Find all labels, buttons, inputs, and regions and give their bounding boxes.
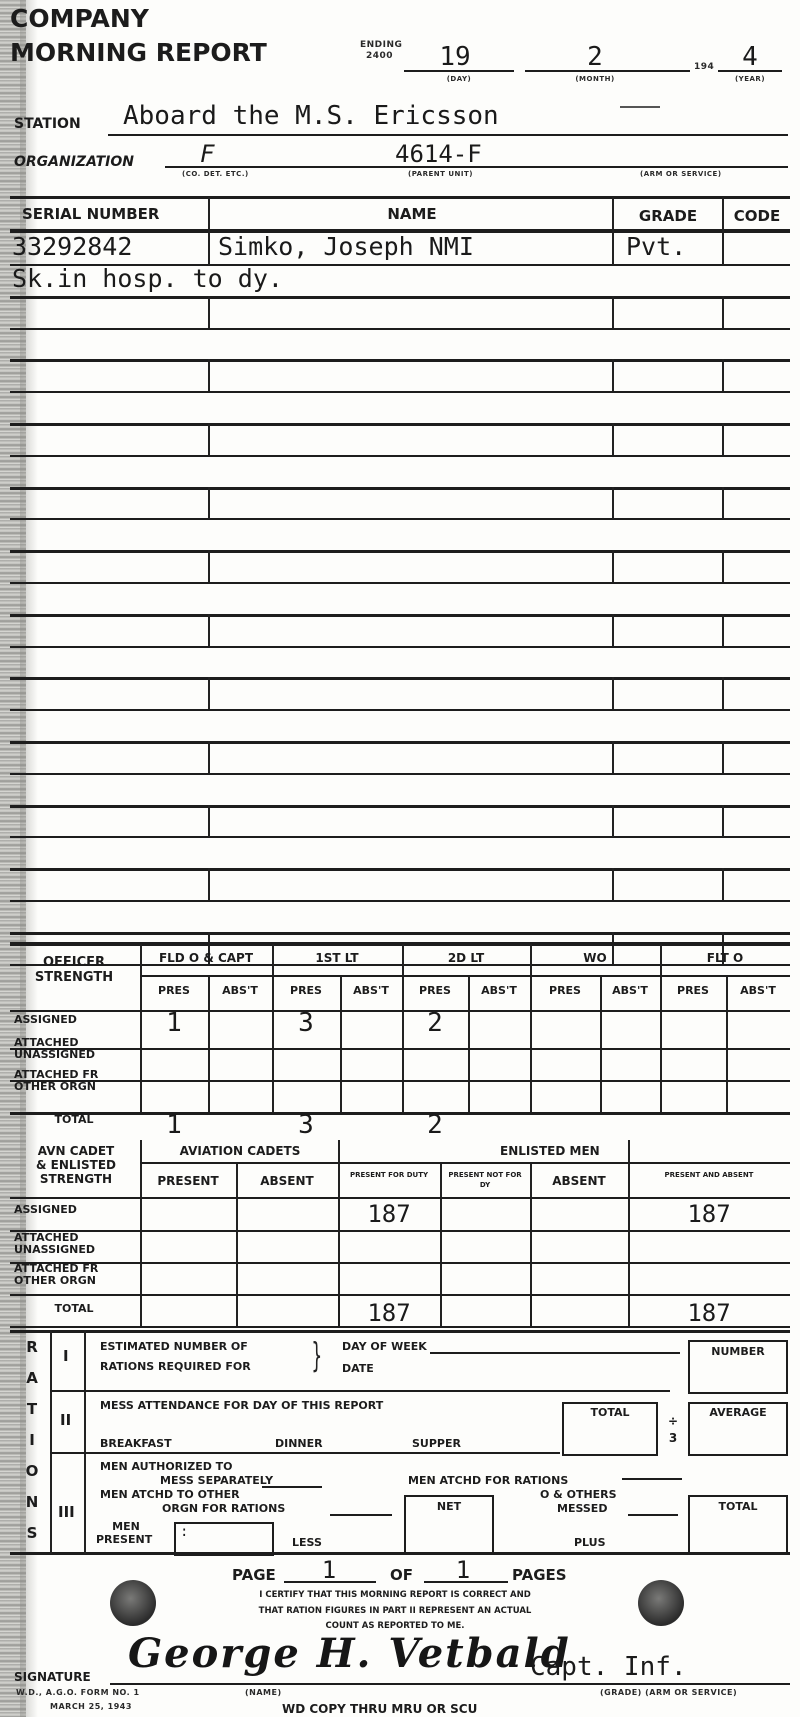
- arm-service-sublabel: (ARM OR SERVICE): [640, 170, 722, 178]
- officer-sub-header: ABS'T: [726, 984, 790, 997]
- ruled-column-divider: [612, 296, 614, 328]
- number-box-label: NUMBER: [690, 1345, 786, 1358]
- mess-total-label: TOTAL: [564, 1406, 656, 1419]
- part1-bottom-border: [50, 1390, 670, 1392]
- ruled-column-divider: [208, 614, 210, 646]
- officer-row-label: ATTACHED FR OTHER ORGN: [14, 1069, 134, 1093]
- certify-line2: THAT RATION FIGURES IN PART II REPRESENT…: [170, 1606, 620, 1616]
- ruled-line: [10, 359, 790, 362]
- ending-label: ENDING: [360, 40, 402, 50]
- ruled-column-divider: [208, 487, 210, 519]
- rations-total-label: TOTAL: [690, 1500, 786, 1513]
- officer-strength-title-1: OFFICER: [14, 955, 134, 970]
- rations-part-divider: [84, 1330, 86, 1554]
- grade-arm-sublabel: (GRADE) (ARM OR SERVICE): [600, 1688, 737, 1697]
- ruled-column-divider: [722, 614, 724, 646]
- date-label: DATE: [342, 1362, 374, 1375]
- officer-sub-header: PRES: [402, 984, 468, 997]
- officer-count-cell[interactable]: 1: [140, 1110, 208, 1140]
- rations-side-letter: R: [18, 1338, 46, 1356]
- part1-numeral: I: [63, 1347, 69, 1365]
- ending-time-label: 2400: [366, 51, 393, 61]
- men-present-line1: MEN: [96, 1520, 156, 1533]
- report-year[interactable]: 4: [720, 42, 780, 72]
- breakfast-label: BREAKFAST: [100, 1437, 172, 1450]
- net-label: NET: [406, 1500, 492, 1513]
- rations-side-letter: O: [18, 1462, 46, 1480]
- ruled-column-divider: [612, 550, 614, 582]
- ruled-column-divider: [612, 487, 614, 519]
- enlisted-count-cell[interactable]: 187: [628, 1299, 790, 1327]
- ruled-column-divider: [722, 805, 724, 837]
- officer-count-cell[interactable]: 2: [402, 1110, 468, 1140]
- enlisted-row-line: [140, 1162, 790, 1164]
- rations-side-divider: [50, 1330, 52, 1554]
- officer-sub-header: ABS'T: [600, 984, 660, 997]
- ruled-column-divider: [612, 614, 614, 646]
- part1-line1: ESTIMATED NUMBER OF: [100, 1340, 248, 1353]
- atchd-other-line1: MEN ATCHD TO OTHER: [100, 1488, 240, 1501]
- officer-row-label: TOTAL: [14, 1114, 134, 1126]
- ruled-column-divider: [208, 359, 210, 391]
- officer-strength-title-2: STRENGTH: [14, 970, 134, 985]
- name-sublabel: (NAME): [245, 1688, 282, 1697]
- ruled-column-divider: [612, 741, 614, 773]
- officer-group-header: WO: [530, 951, 660, 965]
- officer-row-label: ASSIGNED: [14, 1014, 134, 1026]
- others-line2: MESSED: [557, 1502, 607, 1515]
- pages-underline: [424, 1581, 508, 1583]
- company-sublabel: (CO. DET. ETC.): [182, 170, 249, 178]
- divide-by: 3: [660, 1431, 686, 1445]
- form-date: MARCH 25, 1943: [50, 1702, 132, 1711]
- ruled-column-divider: [612, 423, 614, 455]
- atchd-other-field[interactable]: [330, 1514, 392, 1516]
- page-underline: [284, 1581, 376, 1583]
- col-code: CODE: [724, 207, 790, 225]
- signature-underline: [110, 1683, 790, 1685]
- day-underline: [404, 70, 514, 72]
- pages-label: PAGES: [512, 1566, 567, 1584]
- day-label: (DAY): [404, 75, 514, 83]
- officer-row-line: [10, 1010, 790, 1012]
- officer-count-cell[interactable]: 1: [140, 1008, 208, 1038]
- ruled-line: [10, 646, 790, 648]
- page-label: PAGE: [232, 1566, 276, 1584]
- ruled-line: [10, 328, 790, 330]
- atchd-rations-field[interactable]: [622, 1478, 682, 1480]
- rations-side-letter: I: [18, 1431, 46, 1449]
- enlisted-column-header: PRESENT FOR DUTY: [338, 1170, 440, 1180]
- form-title-morning-report: MORNING REPORT: [10, 38, 267, 67]
- ruled-line: [10, 709, 790, 711]
- aviation-cadets-header: AVIATION CADETS: [142, 1144, 338, 1158]
- ruled-column-divider: [722, 359, 724, 391]
- men-present-line2: PRESENT: [96, 1533, 152, 1546]
- ruled-column-divider: [208, 868, 210, 900]
- part2-numeral: II: [60, 1411, 71, 1429]
- ruled-line: [10, 773, 790, 775]
- right-seal-mark: [638, 1580, 684, 1626]
- enlisted-count-cell[interactable]: 187: [338, 1299, 440, 1327]
- ruled-line: [10, 296, 790, 299]
- roster-top-border: [10, 196, 790, 199]
- enlisted-row-label: ASSIGNED: [14, 1204, 134, 1216]
- ruled-column-divider: [208, 423, 210, 455]
- ruled-line: [10, 518, 790, 520]
- rations-side-letter: T: [18, 1400, 46, 1418]
- entry-grade[interactable]: Pvt.: [626, 232, 686, 261]
- ruled-column-divider: [208, 677, 210, 709]
- signature[interactable]: George H. Vetbald: [128, 1630, 571, 1677]
- parent-unit-sublabel: (PARENT UNIT): [408, 170, 473, 178]
- ruled-line: [10, 932, 790, 935]
- enlisted-count-cell[interactable]: 187: [628, 1200, 790, 1228]
- rations-side-letter: A: [18, 1369, 46, 1387]
- enlisted-column-header: PRESENT AND ABSENT: [628, 1170, 790, 1180]
- ruled-line: [10, 455, 790, 457]
- ruled-column-divider: [722, 423, 724, 455]
- ruled-line: [10, 423, 790, 426]
- ruled-column-divider: [612, 677, 614, 709]
- ruled-line: [10, 836, 790, 838]
- rations-side-letter: S: [18, 1524, 46, 1542]
- plus-label: PLUS: [574, 1536, 606, 1549]
- officer-sub-header: PRES: [140, 984, 208, 997]
- supper-label: SUPPER: [412, 1437, 461, 1450]
- officer-sub-header: PRES: [660, 984, 726, 997]
- officer-sub-header: PRES: [530, 984, 600, 997]
- part3-numeral: III: [58, 1503, 75, 1521]
- page-number[interactable]: 1: [284, 1556, 374, 1584]
- enlisted-column-header: PRESENT: [140, 1176, 236, 1186]
- ruled-line: [10, 614, 790, 617]
- day-of-week-field[interactable]: [430, 1352, 680, 1354]
- month-label: (MONTH): [540, 75, 650, 83]
- grade-arm-value[interactable]: Capt. Inf.: [530, 1652, 687, 1682]
- ruled-line: [10, 487, 790, 490]
- enlisted-row-label: ATTACHED FR OTHER ORGN: [14, 1263, 134, 1287]
- enlisted-title-1: AVN CADET: [14, 1144, 138, 1158]
- officer-count-cell[interactable]: 3: [272, 1110, 340, 1140]
- enlisted-row-label: ATTACHED UNASSIGNED: [14, 1232, 134, 1256]
- officer-group-header: FLT O: [660, 951, 790, 965]
- stray-mark: [620, 106, 660, 108]
- officer-count-cell[interactable]: 2: [402, 1008, 468, 1038]
- ruled-column-divider: [208, 296, 210, 328]
- enlisted-column-header: ABSENT: [236, 1176, 338, 1186]
- enlisted-column-header: ABSENT: [530, 1176, 628, 1186]
- ruled-column-divider: [612, 359, 614, 391]
- others-line1: O & OTHERS: [540, 1488, 617, 1501]
- officer-row-label: ATTACHED UNASSIGNED: [14, 1037, 134, 1061]
- average-label: AVERAGE: [690, 1406, 786, 1419]
- ruled-column-divider: [208, 741, 210, 773]
- ruled-line: [10, 582, 790, 584]
- mess-separately-field[interactable]: [262, 1486, 322, 1488]
- station-value[interactable]: Aboard the M.S. Ericsson: [123, 101, 499, 131]
- organization-label: ORGANIZATION: [14, 154, 134, 170]
- ruled-column-divider: [612, 868, 614, 900]
- rations-top-border: [10, 1330, 790, 1333]
- officer-sub-header: ABS'T: [340, 984, 402, 997]
- month-underline: [525, 70, 690, 72]
- organization-underline: [165, 166, 788, 168]
- officer-group-header: FLD O & CAPT: [140, 951, 272, 965]
- officer-sub-header: PRES: [272, 984, 340, 997]
- col-name: NAME: [212, 205, 612, 223]
- report-month[interactable]: 2: [540, 42, 650, 72]
- part2-title: MESS ATTENDANCE FOR DAY OF THIS REPORT: [100, 1399, 383, 1412]
- ruled-line: [10, 550, 790, 553]
- enlisted-title-3: STRENGTH: [14, 1172, 138, 1186]
- year-underline: [718, 70, 782, 72]
- rations-bottom-border: [10, 1552, 790, 1555]
- ruled-column-divider: [722, 550, 724, 582]
- col-grade: GRADE: [614, 207, 722, 225]
- total-pages[interactable]: 1: [420, 1556, 506, 1584]
- ruled-line: [10, 677, 790, 680]
- divide-sign: ÷: [660, 1414, 686, 1428]
- day-of-week-label: DAY OF WEEK: [342, 1340, 427, 1353]
- ruled-column-divider: [722, 677, 724, 709]
- ruled-column-divider: [722, 487, 724, 519]
- less-label: LESS: [292, 1536, 322, 1549]
- atchd-rations-label: MEN ATCHD FOR RATIONS: [408, 1474, 568, 1487]
- station-label: STATION: [14, 116, 81, 132]
- report-day[interactable]: 19: [400, 42, 510, 72]
- organization-company[interactable]: F: [200, 140, 214, 168]
- entry-serial[interactable]: 33292842: [12, 232, 132, 261]
- ruled-column-divider: [722, 296, 724, 328]
- rations-side-letter: N: [18, 1493, 46, 1511]
- enlisted-title-2: & ENLISTED: [14, 1158, 138, 1172]
- part2-bottom-border: [50, 1452, 560, 1454]
- entry-name[interactable]: Simko, Joseph NMI: [218, 232, 474, 261]
- ruled-column-divider: [722, 741, 724, 773]
- entry-remark[interactable]: Sk.in hosp. to dy.: [12, 264, 283, 293]
- enlisted-row-label: TOTAL: [14, 1303, 134, 1315]
- roster-column-divider: [208, 197, 210, 265]
- dinner-label: DINNER: [275, 1437, 323, 1450]
- signature-label: SIGNATURE: [14, 1670, 91, 1684]
- men-present-box[interactable]: [174, 1522, 274, 1556]
- ruled-line: [10, 805, 790, 808]
- ruled-line: [10, 900, 790, 902]
- officer-count-cell[interactable]: 3: [272, 1008, 340, 1038]
- station-underline: [108, 134, 788, 136]
- organization-parent-unit[interactable]: 4614-F: [395, 140, 482, 168]
- officer-sub-header: ABS'T: [208, 984, 272, 997]
- enlisted-count-cell[interactable]: 187: [338, 1200, 440, 1228]
- enlisted-row-line: [10, 1197, 790, 1199]
- enlisted-men-header: ENLISTED MEN: [500, 1144, 600, 1158]
- auth-line1: MEN AUTHORIZED TO: [100, 1460, 233, 1473]
- year-label: (YEAR): [718, 75, 782, 83]
- officer-row-line: [140, 975, 790, 977]
- men-present-value: :: [180, 1524, 188, 1540]
- col-serial-number: SERIAL NUMBER: [22, 205, 159, 223]
- copy-note: WD COPY THRU MRU OR SCU: [282, 1702, 477, 1716]
- officer-group-header: 1ST LT: [272, 951, 402, 965]
- part1-brace: }: [311, 1336, 322, 1376]
- ruled-line: [10, 741, 790, 744]
- ruled-column-divider: [722, 868, 724, 900]
- auth-line2: MESS SEPARATELY: [160, 1474, 273, 1487]
- others-messed-field[interactable]: [628, 1514, 678, 1516]
- ruled-column-divider: [612, 805, 614, 837]
- ruled-column-divider: [208, 805, 210, 837]
- atchd-other-line2: ORGN FOR RATIONS: [162, 1502, 285, 1515]
- of-label: OF: [390, 1566, 413, 1584]
- roster-column-divider: [722, 197, 724, 265]
- officer-group-header: 2D LT: [402, 951, 530, 965]
- officer-strength-top-border: [10, 942, 790, 946]
- officer-sub-header: ABS'T: [468, 984, 530, 997]
- year-prefix: 194: [694, 62, 714, 72]
- enlisted-column-header: PRESENT NOT FOR DY: [440, 1170, 530, 1190]
- ruled-line: [10, 391, 790, 393]
- ruled-column-divider: [208, 550, 210, 582]
- roster-column-divider: [612, 197, 614, 265]
- form-title-company: COMPANY: [10, 4, 149, 33]
- left-seal-mark: [110, 1580, 156, 1626]
- ruled-line: [10, 868, 790, 871]
- enlisted-sub-divider: [236, 1162, 238, 1326]
- enlisted-major-divider: [140, 1140, 142, 1326]
- part1-line2: RATIONS REQUIRED FOR: [100, 1360, 251, 1373]
- form-number: W.D., A.G.O. FORM NO. 1: [16, 1688, 140, 1697]
- certify-line1: I CERTIFY THAT THIS MORNING REPORT IS CO…: [170, 1590, 620, 1600]
